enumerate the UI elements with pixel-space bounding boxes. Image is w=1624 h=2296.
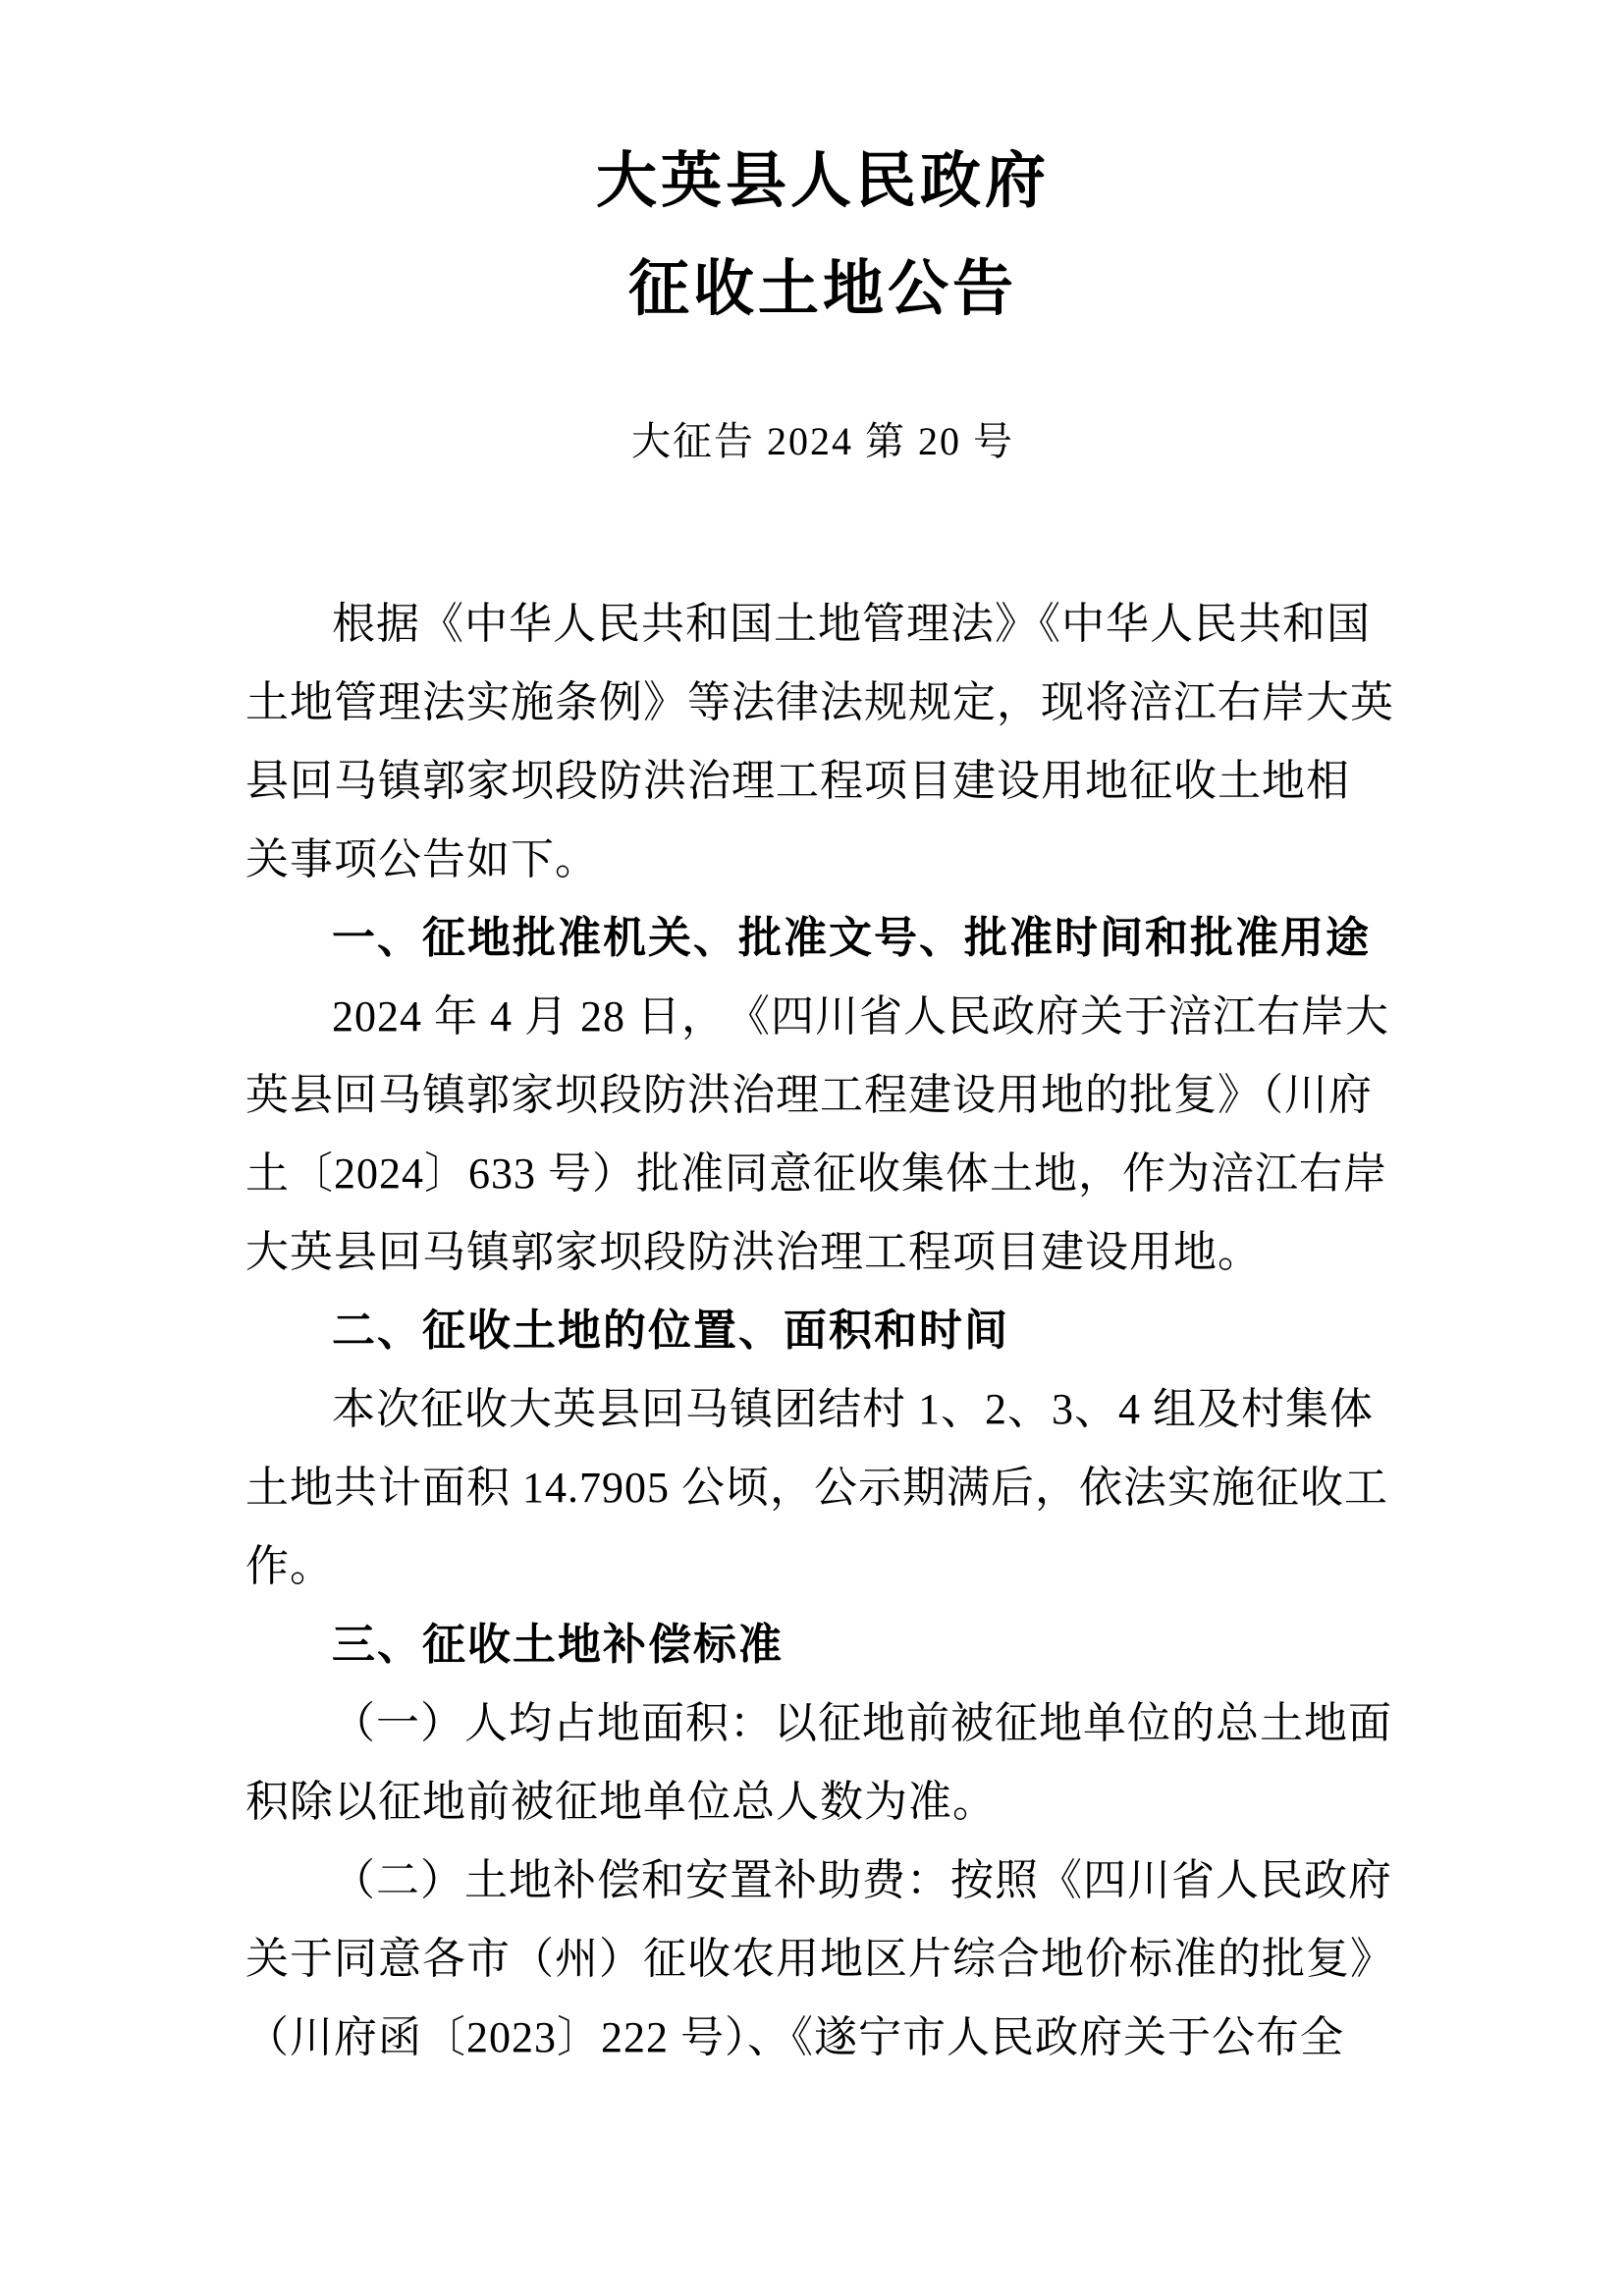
section1-line-1: 2024 年 4 月 28 日， 《四川省人民政府关于涪江右岸大 [245,978,1400,1056]
intro-line-2: 土地管理法实施条例》等法律法规规定，现将涪江右岸大英 [245,664,1400,742]
title-line-1: 大英县人民政府 [245,128,1400,236]
section3-para2-line-2: 关于同意各市（州）征收农用地区片综合地价标准的批复》 [245,1920,1400,1999]
intro-line-3: 县回马镇郭家坝段防洪治理工程项目建设用地征收土地相 [245,742,1400,821]
document-title: 大英县人民政府 征收土地公告 [245,128,1400,344]
section3-para1-line-1: （一）人均占地面积：以征地前被征地单位的总土地面 [245,1684,1400,1763]
section2-line-3: 作。 [245,1527,1400,1606]
document-body: 根据《中华人民共和国土地管理法》《中华人民共和国 土地管理法实施条例》等法律法规… [245,585,1400,2077]
section2-line-1: 本次征收大英县回马镇团结村 1、2、3、4 组及村集体 [245,1370,1400,1449]
intro-line-1: 根据《中华人民共和国土地管理法》《中华人民共和国 [245,585,1400,664]
document-number: 大征告 2024 第 20 号 [245,414,1400,469]
section1-line-2: 英县回马镇郭家坝段防洪治理工程建设用地的批复》（川府 [245,1056,1400,1135]
section3-para2-line-1: （二）土地补偿和安置补助费：按照《四川省人民政府 [245,1842,1400,1920]
section1-heading: 一、征地批准机关、批准文号、批准时间和批准用途 [245,899,1400,978]
document-page: 大英县人民政府 征收土地公告 大征告 2024 第 20 号 根据《中华人民共和… [0,0,1624,2296]
section3-para1-line-2: 积除以征地前被征地单位总人数为准。 [245,1763,1400,1842]
section2-line-2: 土地共计面积 14.7905 公顷，公示期满后，依法实施征收工 [245,1449,1400,1527]
title-line-2: 征收土地公告 [245,236,1400,344]
section3-para2-line-3: （川府函〔2023〕222 号）、《遂宁市人民政府关于公布全 [245,1999,1400,2077]
section1-line-4: 大英县回马镇郭家坝段防洪治理工程项目建设用地。 [245,1213,1400,1292]
section2-heading: 二、征收土地的位置、面积和时间 [245,1292,1400,1370]
intro-line-4: 关事项公告如下。 [245,821,1400,899]
section3-heading: 三、征收土地补偿标准 [245,1606,1400,1684]
section1-line-3: 土〔2024〕633 号）批准同意征收集体土地，作为涪江右岸 [245,1135,1400,1213]
